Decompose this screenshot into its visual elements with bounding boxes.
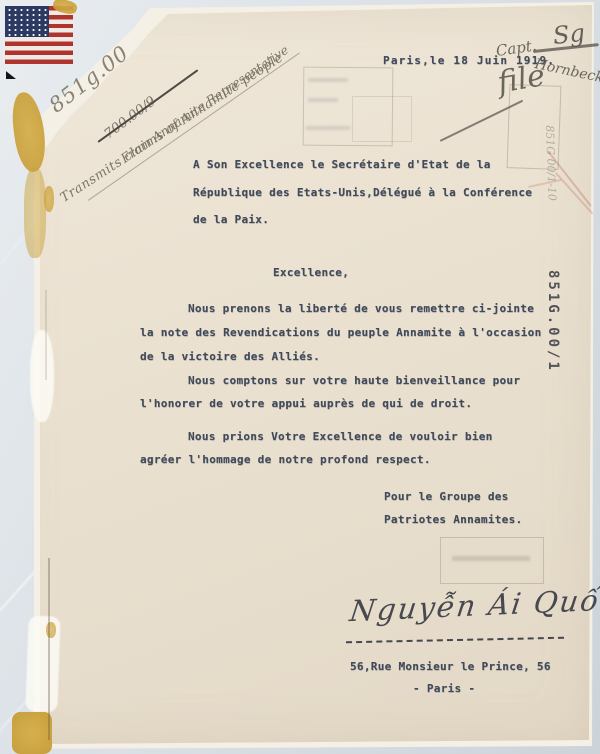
body-para2-line1: Nous comptons sur votre haute bienveilla… [188, 374, 520, 387]
recipient-line-1: A Son Excellence le Secrétaire d'Etat de… [193, 158, 491, 171]
faint-stamp-text [452, 556, 530, 561]
us-flag-canton [5, 6, 49, 37]
tape-residue [9, 90, 49, 173]
paper-crease [45, 290, 47, 380]
tape-residue [24, 168, 46, 258]
document-scan: Paris,le 18 Juin 1919. A Son Excellence … [0, 0, 600, 754]
paper-tear [30, 330, 54, 422]
address-line-2: - Paris - [413, 682, 475, 695]
body-para3-line2: agréer l'hommage de notre profond respec… [140, 453, 431, 466]
body-para1-line2: la note des Revendications du peuple Ann… [140, 326, 542, 339]
bleed-stamp-text [308, 98, 338, 102]
body-para3-line1: Nous prions Votre Excellence de vouloir … [188, 430, 493, 443]
bleed-stamp-text [308, 78, 348, 82]
salutation: Excellence, [273, 266, 349, 279]
recipient-line-2: République des Etats-Unis,Délégué à la C… [193, 186, 532, 199]
address-line-1: 56,Rue Monsieur le Prince, 56 [350, 660, 551, 673]
body-para1-line1: Nous prenons la liberté de vous remettre… [188, 302, 534, 315]
recipient-line-3: de la Paix. [193, 213, 269, 226]
bleed-stamp-text [306, 126, 350, 130]
closing-line-2: Patriotes Annamites. [384, 513, 522, 526]
us-flag-icon [5, 6, 73, 64]
body-para2-line2: l'honorer de votre appui auprès de qui d… [140, 397, 472, 410]
corner-marker-icon [6, 70, 16, 79]
tape-residue [12, 712, 52, 754]
closing-line-1: Pour le Groupe des [384, 490, 509, 503]
body-para1-line3: de la victoire des Alliés. [140, 350, 320, 363]
tape-residue [44, 186, 54, 212]
bleed-stamp-box [352, 96, 412, 142]
paper-crease [48, 558, 50, 740]
vertical-file-stamp: 851G.00/1 [545, 270, 561, 373]
